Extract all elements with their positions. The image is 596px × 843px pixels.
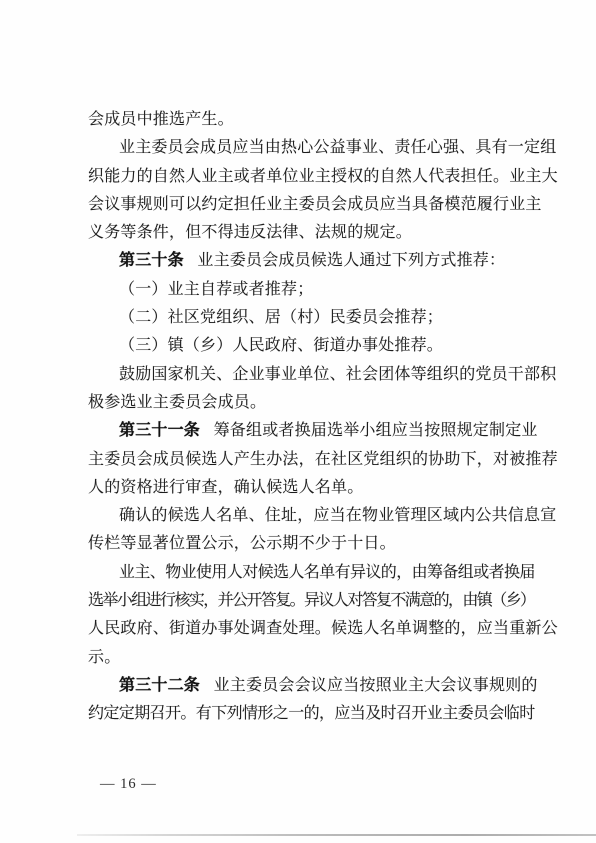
text-line: 传栏等显著位置公示，公示期不少于十日。 bbox=[88, 530, 536, 558]
page-number: — 16 — bbox=[100, 776, 157, 793]
text-line: 极参选业主委员会成员。 bbox=[88, 389, 536, 417]
text-line-content: 主委员会成员候选人产生办法，在社区党组织的协助下，对被推荐 bbox=[88, 451, 558, 468]
text-line: 确认的候选人名单、住址，应当在物业管理区域内公共信息宣 bbox=[88, 502, 536, 530]
text-line-content: 极参选业主委员会成员。 bbox=[88, 394, 266, 411]
text-line-content: 人的资格进行审查，确认候选人名单。 bbox=[88, 479, 363, 496]
text-line-content: 业主委员会成员候选人通过下列方式推荐： bbox=[197, 252, 505, 269]
text-line-content: 确认的候选人名单、住址，应当在物业管理区域内公共信息宣 bbox=[119, 507, 556, 524]
text-line-content: 业主委员会成员应当由热心公益事业、责任心强、具有一定组 bbox=[119, 139, 556, 156]
text-line: 业主、物业使用人对候选人名单有异议的，由筹备组或者换届 bbox=[88, 559, 536, 587]
text-line: 第三十二条业主委员会会议应当按照业主大会议事规则的 bbox=[88, 672, 536, 700]
text-line-content: 约定定期召开。有下列情形之一的，应当及时召开业主委员会临时 bbox=[88, 705, 535, 722]
text-line-content: （一）业主自荐或者推荐； bbox=[119, 281, 313, 298]
text-line: （一）业主自荐或者推荐； bbox=[88, 276, 536, 304]
text-line-content: 示。 bbox=[88, 649, 120, 666]
text-line: 业主委员会成员应当由热心公益事业、责任心强、具有一定组 bbox=[88, 134, 536, 162]
text-line: 选举小组进行核实，并公开答复。异议人对答复不满意的，由镇（乡） bbox=[88, 587, 536, 615]
text-line-content: 织能力的自然人业主或者单位业主授权的自然人代表担任。业主大 bbox=[88, 168, 558, 185]
text-line: 第三十一条筹备组或者换届选举小组应当按照规定制定业 bbox=[88, 417, 536, 445]
text-line: 人的资格进行审查，确认候选人名单。 bbox=[88, 474, 536, 502]
text-line: 示。 bbox=[88, 644, 536, 672]
text-line: 第三十条业主委员会成员候选人通过下列方式推荐： bbox=[88, 247, 536, 275]
text-line: （三）镇（乡）人民政府、街道办事处推荐。 bbox=[88, 332, 536, 360]
text-line: 人民政府、街道办事处调查处理。候选人名单调整的，应当重新公 bbox=[88, 615, 536, 643]
text-line-content: 业主、物业使用人对候选人名单有异议的，由筹备组或者换届 bbox=[119, 564, 535, 581]
text-line-content: 会成员中推选产生。 bbox=[88, 111, 234, 128]
document-text-block: 会成员中推选产生。业主委员会成员应当由热心公益事业、责任心强、具有一定组织能力的… bbox=[88, 106, 536, 729]
document-page: 会成员中推选产生。业主委员会成员应当由热心公益事业、责任心强、具有一定组织能力的… bbox=[0, 0, 596, 843]
text-line-content: 鼓励国家机关、企业事业单位、社会团体等组织的党员干部积 bbox=[119, 366, 556, 383]
article-number: 第三十二条 bbox=[119, 677, 200, 694]
text-line: 约定定期召开。有下列情形之一的，应当及时召开业主委员会临时 bbox=[88, 700, 536, 728]
text-line-content: 会议事规则可以约定担任业主委员会成员应当具备模范履行业主 bbox=[88, 196, 542, 213]
text-line: 会议事规则可以约定担任业主委员会成员应当具备模范履行业主 bbox=[88, 191, 536, 219]
scan-artifact-line bbox=[77, 834, 596, 836]
article-number: 第三十一条 bbox=[119, 422, 200, 439]
text-line-content: 传栏等显著位置公示，公示期不少于十日。 bbox=[88, 535, 396, 552]
text-line-content: 业主委员会会议应当按照业主大会议事规则的 bbox=[214, 677, 538, 694]
text-line: 会成员中推选产生。 bbox=[88, 106, 536, 134]
text-line-content: 选举小组进行核实，并公开答复。异议人对答复不满意的，由镇（乡） bbox=[88, 592, 534, 609]
text-line-content: （二）社区党组织、居（村）民委员会推荐； bbox=[119, 309, 443, 326]
text-line: 鼓励国家机关、企业事业单位、社会团体等组织的党员干部积 bbox=[88, 361, 536, 389]
text-line: 义务等条件，但不得违反法律、法规的规定。 bbox=[88, 219, 536, 247]
text-line: 织能力的自然人业主或者单位业主授权的自然人代表担任。业主大 bbox=[88, 163, 536, 191]
article-number: 第三十条 bbox=[119, 252, 184, 269]
text-line-content: （三）镇（乡）人民政府、街道办事处推荐。 bbox=[119, 337, 443, 354]
text-line-content: 义务等条件，但不得违反法律、法规的规定。 bbox=[88, 224, 412, 241]
text-line-content: 筹备组或者换届选举小组应当按照规定制定业 bbox=[214, 422, 538, 439]
text-line-content: 人民政府、街道办事处调查处理。候选人名单调整的，应当重新公 bbox=[88, 620, 558, 637]
text-line: （二）社区党组织、居（村）民委员会推荐； bbox=[88, 304, 536, 332]
text-line: 主委员会成员候选人产生办法，在社区党组织的协助下，对被推荐 bbox=[88, 446, 536, 474]
